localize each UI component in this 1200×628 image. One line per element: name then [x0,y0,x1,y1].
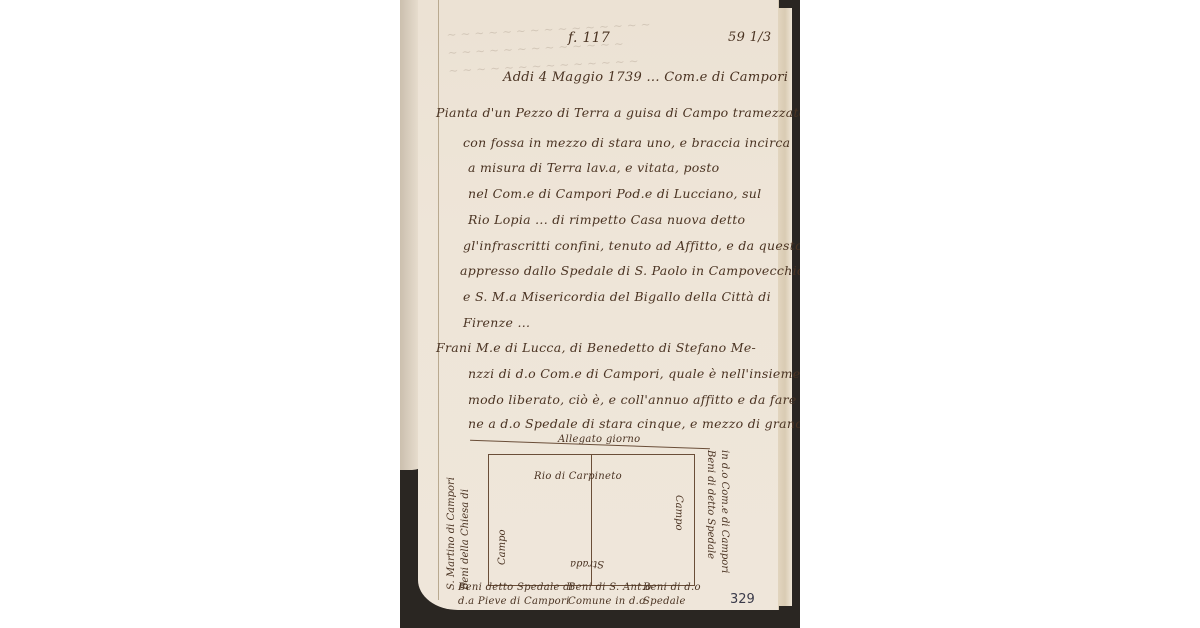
body-line: ne a d.o Spedale di stara cinque, e mezz… [468,416,800,431]
folio-mark: f. 117 [568,30,610,46]
diagram-right-inner-label: Campo [673,495,684,531]
diagram-bottom-label-4: Comune in d.o [568,596,645,607]
diagram-box: Rio di Carpineto Campo Campo Strada [488,454,695,586]
body-line: appresso dallo Spedale di S. Paolo in Ca… [460,263,800,278]
plot-diagram: Allegato giorno Rio di Carpineto Campo C… [478,440,798,600]
diagram-right-outer-label-2: in d.o Com.e di Campori [719,450,730,573]
diagram-bottom-label-2: d.a Pieve di Campori [458,596,570,607]
diagram-bottom-label-5: Beni di d.o [643,582,701,593]
body-line: con fossa in mezzo di stara uno, e bracc… [463,135,790,150]
body-line: modo liberato, ciò è, e coll'annuo affit… [468,392,797,407]
body-line: nel Com.e di Campori Pod.e di Lucciano, … [468,186,761,201]
diagram-left-inner-label: Campo [497,529,508,565]
diagram-left-outer-label-2: S. Martino di Campori [446,477,457,590]
margin-line [438,0,439,600]
page-number: 59 1/3 [728,30,771,45]
body-line: Frani M.e di Lucca, di Benedetto di Stef… [436,340,756,355]
diagram-left-outer-label-1: Beni della Chiesa di [460,489,471,590]
manuscript-scan: ~ ~ ~ ~ ~ ~ ~ ~ ~ ~ ~ ~ ~ ~ ~~ ~ ~ ~ ~ ~… [400,0,800,628]
heading: Addi 4 Maggio 1739 ... Com.e di Campori [503,70,788,85]
manuscript-page: ~ ~ ~ ~ ~ ~ ~ ~ ~ ~ ~ ~ ~ ~ ~~ ~ ~ ~ ~ ~… [418,0,779,610]
archive-number: 329 [730,592,755,607]
body-line: a misura di Terra lav.a, e vitata, posto [468,160,719,175]
body-line: gl'infrascritti confini, tenuto ad Affit… [463,238,800,253]
body-line: Rio Lopia ... di rimpetto Casa nuova det… [468,212,745,227]
diagram-center-label: Rio di Carpineto [534,471,622,482]
diagram-right-outer-label-1: Beni di detto Spedale [705,450,716,559]
diagram-bottom-label-1: Beni detto Spedale di [458,582,573,593]
diagram-bottom-inner-label: Strada [570,558,604,569]
diagram-bottom-label-3: Beni di S. Ant.o [568,582,651,593]
body-line: Firenze ... [463,315,530,330]
ink-bleed-through: ~ ~ ~ ~ ~ ~ ~ ~ ~ ~ ~ ~ ~ ~ ~~ ~ ~ ~ ~ ~… [446,10,750,106]
body-line: e S. M.a Misericordia del Bigallo della … [463,289,771,304]
body-line: Pianta d'un Pezzo di Terra a guisa di Ca… [436,105,800,120]
diagram-bottom-label-6: Spedale [643,596,686,607]
body-line: nzzi di d.o Com.e di Campori, quale è ne… [468,366,800,381]
